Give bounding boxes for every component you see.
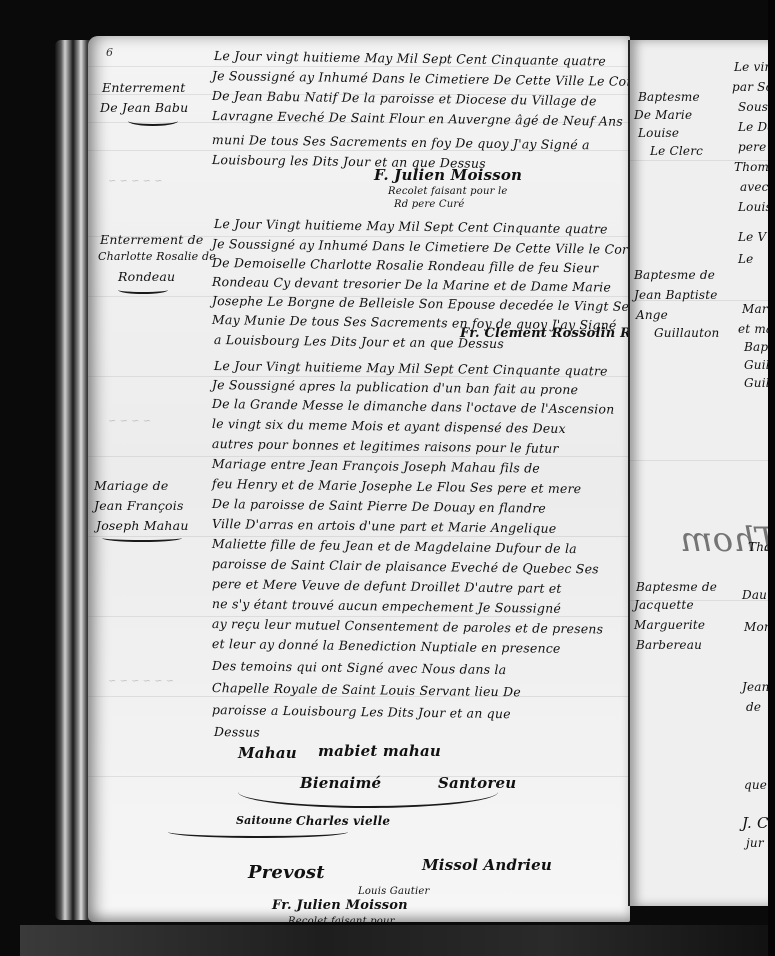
signature: Prevost [248, 862, 325, 883]
entry-line: Je Soussigné ay Inhumé Dans le Cimetiere… [212, 236, 630, 257]
entry-line: ay reçu leur mutuel Consentement de paro… [212, 616, 603, 636]
margin-note-line: Barbereau [636, 638, 702, 652]
partial-text: Le V [738, 230, 766, 244]
margin-note-line: Le Clerc [650, 144, 703, 158]
flourish-decoration [102, 534, 182, 542]
flourish-decoration [128, 116, 178, 126]
signature-priest: Fr. Clement Rossolin Rec. Curé [460, 326, 630, 341]
entry-line: Maliette fille de feu Jean et de Magdela… [212, 536, 577, 556]
margin-note-line: Enterrement [102, 80, 185, 95]
partial-text: J. C [742, 814, 769, 832]
flourish-decoration [238, 776, 498, 808]
film-edge [768, 0, 775, 956]
flourish-decoration [218, 916, 448, 922]
signature: mabiet mahau [318, 742, 441, 760]
margin-note-line: Louise [638, 126, 679, 140]
partial-text: de [746, 700, 761, 714]
left-register-page: 6 Enterrement De Jean Babu Le Jour vingt… [88, 36, 630, 922]
partial-text: Le De [738, 120, 770, 134]
partial-text: Sous [738, 100, 768, 114]
entry-line: Rondeau Cy devant tresorier De la Marine… [212, 274, 611, 295]
partial-text: jur [746, 836, 764, 850]
flourish-decoration [118, 286, 168, 294]
margin-note-line: Joseph Mahau [96, 518, 189, 533]
partial-text: avec [740, 180, 769, 194]
partial-text: Le vingt [734, 60, 770, 74]
partial-text: Marie [742, 302, 770, 316]
entry-line: paroisse de Saint Clair de plaisance Eve… [212, 556, 599, 576]
signature: Charles vielle [296, 814, 390, 828]
partial-text: par Soussigné [732, 80, 770, 94]
partial-text: Jean [742, 680, 770, 694]
margin-note-line: Charlotte Rosalie de [98, 250, 216, 263]
entry-line: paroisse a Louisbourg Les Dits Jour et a… [212, 702, 511, 721]
entry-line: et leur ay donné la Benediction Nuptiale… [212, 636, 561, 656]
entry-line: Dessus [214, 724, 260, 740]
signature-priest: Fr. Julien Moisson [272, 898, 408, 913]
partial-text: Le [738, 252, 753, 266]
partial-text: pere [738, 140, 766, 154]
margin-note-line: Baptesme de [634, 268, 715, 282]
margin-note-line: Guillauton [654, 326, 720, 340]
margin-note-line: Rondeau [118, 269, 175, 284]
entry-line: le vingt six du meme Mois et ayant dispe… [212, 416, 566, 436]
margin-note-line: Baptesme de [636, 580, 717, 594]
margin-note-line: Marguerite [634, 618, 705, 632]
partial-text: Mon [744, 620, 770, 634]
partial-text: Louis [738, 200, 770, 214]
partial-text: et ma [738, 322, 770, 336]
entry-line: Des temoins qui ont Signé avec Nous dans… [212, 658, 507, 677]
right-register-page: Baptesme De Marie Louise Le Clerc Baptes… [628, 40, 770, 906]
margin-note-line: Mariage de [94, 478, 168, 493]
entry-line: Lavragne Eveché De Saint Flour en Auverg… [212, 108, 623, 129]
partial-text: Guil [744, 358, 770, 372]
margin-note-line: Jean Baptiste [634, 288, 718, 302]
bleed-through: ~ ~ ~ ~ [108, 416, 151, 427]
signature: Missol Andrieu [422, 856, 552, 874]
entry-line: Je Soussigné apres la publication d'un b… [212, 377, 578, 397]
entry-line: Mariage entre Jean François Joseph Mahau… [212, 456, 540, 476]
margin-note-line: Ange [636, 308, 668, 322]
signature-title: Rd pere Curé [394, 199, 465, 210]
margin-note-line: De Jean Babu [100, 100, 188, 115]
partial-text: Dau [742, 588, 767, 602]
bleed-through: ~ ~ ~ ~ ~ ~ [108, 676, 174, 687]
margin-note-line: Jean François [94, 498, 184, 513]
entry-line: feu Henry et de Marie Josephe Le Flou Se… [212, 476, 582, 496]
entry-line: Ville D'arras en artois d'une part et Ma… [212, 516, 557, 536]
page-number-mark: 6 [106, 46, 113, 59]
partial-text: Thom [748, 540, 770, 554]
entry-line: De Demoiselle Charlotte Rosalie Rondeau … [212, 255, 599, 275]
entry-line: pere et Mere Veuve de defunt Droillet D'… [212, 576, 562, 596]
entry-line: De Jean Babu Natif De la paroisse et Dio… [212, 88, 597, 108]
entry-line: De la paroisse de Saint Pierre De Douay … [212, 496, 546, 516]
signature: Mahau [238, 744, 297, 762]
partial-text: que [744, 778, 767, 792]
entry-line: De la Grande Messe le dimanche dans l'oc… [212, 396, 615, 417]
film-background-strip [20, 925, 775, 956]
margin-note-line: Baptesme [638, 90, 700, 104]
entry-line: autres pour bonnes et legitimes raisons … [212, 436, 559, 456]
entry-line: Je Soussigné ay Inhumé Dans le Cimetiere… [212, 68, 630, 89]
signature-title: Recolet faisant pour le [388, 186, 508, 197]
flourish-decoration [168, 826, 348, 838]
signature-priest: F. Julien Moisson [374, 166, 522, 184]
margin-note-line: Jacquette [634, 598, 694, 612]
entry-line: Le Jour Vingt huitieme May Mil Sept Cent… [214, 216, 608, 236]
partial-text: Thomas [734, 160, 770, 174]
bleed-through: ~ ~ ~ ~ ~ [108, 176, 163, 187]
partial-text: Guilla [744, 376, 770, 390]
entry-line: ne s'y étant trouvé aucun empechement Je… [212, 596, 561, 616]
partial-text: Bapt [744, 340, 770, 354]
margin-note-line: De Marie [634, 108, 692, 122]
signature: Louis Gautier [358, 886, 430, 897]
margin-note-line: Enterrement de [100, 232, 203, 247]
